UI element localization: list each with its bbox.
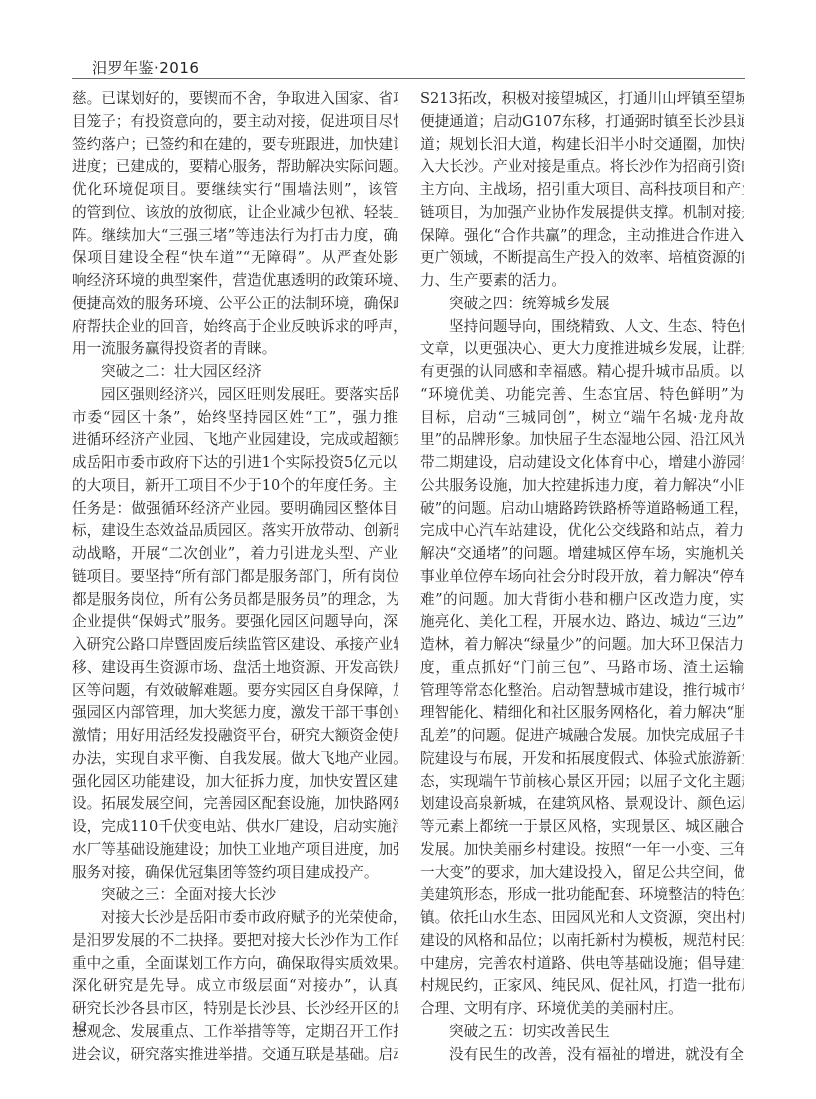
text-line: 里”的品牌形象。加快屈子生态湿地公园、沿江风光 [420,429,744,452]
text-line: 链项目，为加强产业协作发展提供支撑。机制对接是 [420,202,744,225]
text-line: 建设的风格和品位；以南托新村为模板，规范村民集 [420,930,744,953]
section-heading: 突破之四：统筹城乡发展 [420,293,744,316]
text-line: 便捷通道；启动G107东移，打通弼时镇至长沙县通 [420,111,744,134]
header-rule [72,78,745,79]
text-line: 道；规划长汨大道，构建长汨半小时交通圈，加快融 [420,134,744,157]
text-line: 乱差”的问题。促进产城融合发展。加快完成屈子书 [420,725,744,748]
text-line: 保障。强化“合作共赢”的理念，主动推进合作进入 [420,225,744,248]
text-line: “环境优美、功能完善、生态宜居、特色鲜明”为 [420,384,744,407]
text-line: 标，建设生态效益品质园区。落实开放带动、创新驱 [72,520,398,543]
running-header-title: 汨罗年鉴·2016 [92,57,199,78]
text-line: 管理等常态化整治。启动智慧城市建设，推行城市管 [420,680,744,703]
text-line: 市委“园区十条”，始终坚持园区姓“工”，强力推 [72,407,398,430]
text-line: 慈。已谋划好的，要锲而不舍，争取进入国家、省项 [72,88,398,111]
text-line: 移、建设再生资源市场、盘活土地资源、开发高铁片 [72,657,398,680]
text-line: 公共服务设施，加大控建拆违力度，着力解决“小旧 [420,475,744,498]
text-line: 难”的问题。加大背街小巷和棚户区改造力度，实 [420,589,744,612]
text-line: 没有民生的改善，没有福祉的增进，就没有全 [420,1044,744,1067]
text-line: 园区强则经济兴，园区旺则发展旺。要落实岳阳 [72,384,398,407]
text-line: 主方向、主战场，招引重大项目、高科技项目和产业 [420,179,744,202]
text-line: 对接大长沙是岳阳市委市政府赋予的光荣使命， [72,907,398,930]
text-line: 设。拓展发展空间，完善园区配套设施，加快路网建 [72,793,398,816]
section-heading: 突破之五：切实改善民生 [420,1021,744,1044]
text-line: 强园区内部管理，加大奖惩力度，激发干部干事创业 [72,702,398,725]
section-heading: 突破之二：壮大园区经济 [72,361,398,384]
text-line: 力、生产要素的活力。 [420,270,744,293]
text-line: 带二期建设，启动建设文化体育中心，增建小游园等 [420,452,744,475]
text-line: 的大项目，新开工项目不少于10个的年度任务。主要 [72,475,398,498]
text-line: 进会议，研究落实推进举措。交通互联是基础。启动 [72,1044,398,1067]
text-line: 中建房，完善农村道路、供电等基础设施；倡导建立 [420,953,744,976]
text-line: 任务是：做强循环经济产业园。要明确园区整体目 [72,498,398,521]
text-line: 重中之重，全面谋划工作方向，确保取得实质效果。 [72,953,398,976]
text-line: 合理、文明有序、环境优美的美丽村庄。 [420,998,744,1021]
text-line: 深化研究是先导。成立市级层面“对接办”，认真 [72,975,398,998]
text-line: 更广领域，不断提高生产投入的效率、培植资源的能 [420,247,744,270]
text-line: 目笼子；有投资意向的，要主动对接，促进项目尽快 [72,111,398,134]
text-line: 度，重点抓好“门前三包”、马路市场、渣土运输 [420,657,744,680]
text-line: 目标，启动“三城同创”，树立“端午名城·龙舟故 [420,407,744,430]
text-line: 研究长沙各县市区，特别是长沙县、长沙经开区的思 [72,998,398,1021]
text-line: 签约落户；已签约和在建的，要专班跟进，加快建设 [72,134,398,157]
text-line: 态，实现端午节前核心景区开园；以屈子文化主题规 [420,771,744,794]
text-line: 美建筑形态，形成一批功能配套、环境整洁的特色集 [420,884,744,907]
text-line: 一大变”的要求，加大建设投入，留足公共空间，做 [420,862,744,885]
text-line: 村规民约，正家风、纯民风、促社风，打造一批布局 [420,975,744,998]
text-line: 动战略，开展“二次创业”，着力引进龙头型、产业 [72,543,398,566]
text-line: 发展。加快美丽乡村建设。按照“一年一小变、三年 [420,839,744,862]
text-line: 府帮扶企业的回音，始终高于企业反映诉求的呼声， [72,316,398,339]
text-line: 入研究公路口岸暨固废后续监管区建设、承接产业转 [72,634,398,657]
text-line: 镇。依托山水生态、田园风光和人文资源，突出村庄 [420,907,744,930]
text-line: 破”的问题。启动山塘路跨铁路桥等道路畅通工程， [420,498,744,521]
text-line: 进度；已建成的，要精心服务，帮助解决实际问题。 [72,156,398,179]
text-line: 阵。继续加大“三强三堵”等违法行为打击力度，确 [72,225,398,248]
text-line: 保项目建设全程“快车道”“无障碍”。从严查处影 [72,247,398,270]
text-line: 水厂等基础设施建设；加快工业地产项目进度，加强 [72,839,398,862]
text-line: 划建设高泉新城，在建筑风格、景观设计、颜色运用 [420,793,744,816]
text-line: 完成中心汽车站建设，优化公交线路和站点，着力 [420,520,744,543]
text-line: 解决“交通堵”的问题。增建城区停车场，实施机关 [420,543,744,566]
text-line: 理智能化、精细化和社区服务网格化，着力解决“脏 [420,702,744,725]
page-number: 12 [72,1019,87,1036]
text-line: 想观念、发展重点、工作举措等等，定期召开工作推 [72,1021,398,1044]
text-line: 有更强的认同感和幸福感。精心提升城市品质。以 [420,361,744,384]
text-line: 响经济环境的典型案件，营造优惠透明的政策环境、 [72,270,398,293]
text-line: 链项目。要坚持“所有部门都是服务部门，所有岗位 [72,566,398,589]
text-line: 强化园区功能建设，加大征拆力度，加快安置区建 [72,771,398,794]
text-line: 企业提供“保姆式”服务。要强化园区问题导向，深 [72,611,398,634]
text-line: 区等问题，有效破解难题。要夯实园区自身保障，加 [72,680,398,703]
text-line: 入大长沙。产业对接是重点。将长沙作为招商引资的 [420,156,744,179]
text-line: 坚持问题导向，围绕精致、人文、生态、特色做 [420,316,744,339]
text-line: 事业单位停车场向社会分时段开放，着力解决“停车 [420,566,744,589]
text-line: 优化环境促项目。要继续实行“围墙法则”，该管 [72,179,398,202]
text-line: 办法，实现自求平衡、自我发展。做大飞地产业园。 [72,748,398,771]
text-line: 都是服务岗位，所有公务员都是服务员”的理念，为 [72,589,398,612]
text-line: 的管到位、该放的放彻底，让企业减少包袱、轻装上 [72,202,398,225]
text-line: 成岳阳市委市政府下达的引进1个实际投资5亿元以上 [72,452,398,475]
text-line: 服务对接，确保优冠集团等签约项目建成投产。 [72,862,398,885]
text-line: 便捷高效的服务环境、公平公正的法制环境，确保政 [72,293,398,316]
text-line: 等元素上都统一于景区风格，实现景区、城区融合 [420,816,744,839]
text-line: 进循环经济产业园、飞地产业园建设，完成或超额完 [72,429,398,452]
text-line: S213拓改，积极对接望城区，打通川山坪镇至望城区 [420,88,744,111]
right-column: S213拓改，积极对接望城区，打通川山坪镇至望城区便捷通道；启动G107东移，打… [420,88,744,1066]
text-line: 用一流服务赢得投资者的青睐。 [72,338,398,361]
left-column: 慈。已谋划好的，要锲而不舍，争取进入国家、省项目笼子；有投资意向的，要主动对接，… [72,88,398,1066]
text-line: 激情；用好用活经发投融资平台，研究大额资金使用 [72,725,398,748]
text-line: 院建设与布展，开发和拓展度假式、体验式旅游新业 [420,748,744,771]
text-line: 是汨罗发展的不二抉择。要把对接大长沙作为工作的 [72,930,398,953]
section-heading: 突破之三：全面对接大长沙 [72,884,398,907]
text-line: 文章，以更强决心、更大力度推进城乡发展，让群众 [420,338,744,361]
text-line: 设，完成110千伏变电站、供水厂建设，启动实施污 [72,816,398,839]
text-line: 造林，着力解决“绿量少”的问题。加大环卫保洁力 [420,634,744,657]
text-line: 施亮化、美化工程，开展水边、路边、城边“三边” [420,611,744,634]
